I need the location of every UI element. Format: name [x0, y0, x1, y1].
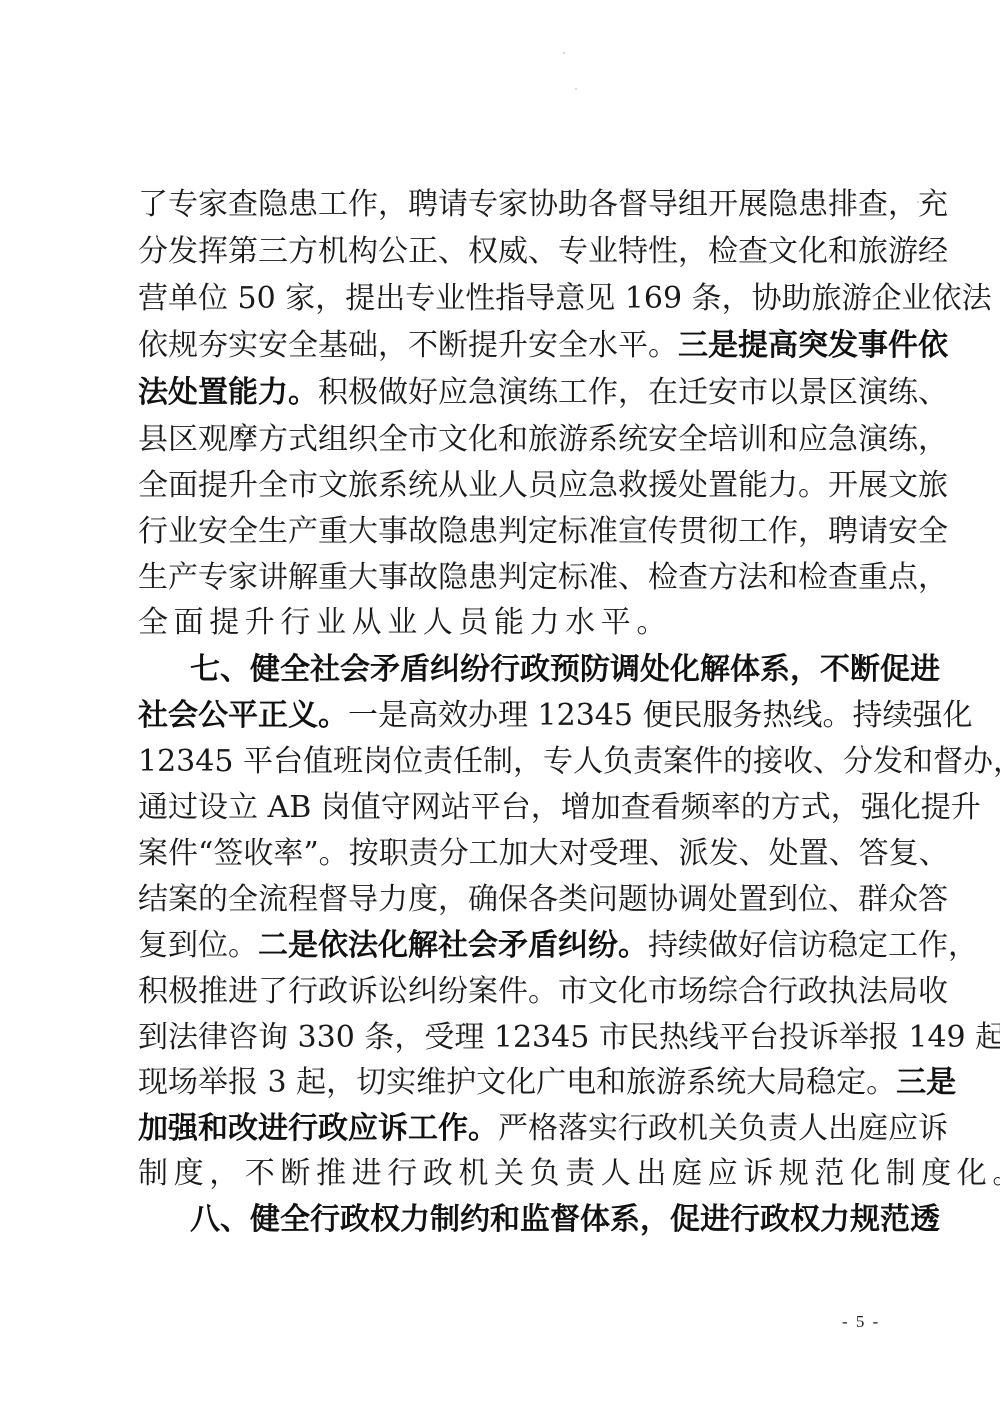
- text-line: 通过设立 AB 岗值守网站平台，增加查看频率的方式，强化提升: [138, 788, 864, 828]
- page-number: - 5 -: [842, 1312, 880, 1332]
- text-line: 行业安全生产重大事故隐患判定标准宣传贯彻工作，聘请安全: [138, 512, 864, 552]
- text-line: 依规夯实安全基础，不断提升安全水平。三是提高突发事件依: [138, 326, 864, 366]
- body-text-segment: 到法律咨询 330 条，受理 12345 市民热线平台投诉举报 149 起、: [138, 1020, 1000, 1055]
- body-text-segment: 依规夯实安全基础，不断提升安全水平。: [138, 328, 678, 363]
- body-text-segment: 全面提升行业从业人员能力水平。: [138, 605, 672, 640]
- document-page: 了专家查隐患工作，聘请专家协助各督导组开展隐患排查，充分发挥第三方机构公正、权威…: [0, 0, 1000, 1414]
- body-text-segment: 全面提升全市文旅系统从业人员应急救援处置能力。开展文旅: [138, 468, 948, 503]
- section-heading-line: 七、健全社会矛盾纠纷行政预防调处化解体系，不断促进: [190, 650, 864, 690]
- text-line: 了专家查隐患工作，聘请专家协助各督导组开展隐患排查，充: [138, 185, 864, 225]
- text-line: 案件“签收率”。按职责分工加大对受理、派发、处置、答复、: [138, 834, 864, 874]
- text-line: 加强和改进行政应诉工作。严格落实行政机关负责人出庭应诉: [138, 1109, 864, 1149]
- emphasis-phrase: 法处置能力。: [138, 375, 318, 410]
- text-line: 到法律咨询 330 条，受理 12345 市民热线平台投诉举报 149 起、: [138, 1018, 864, 1058]
- body-text-segment: 严格落实行政机关负责人出庭应诉: [498, 1111, 948, 1146]
- text-line: 复到位。二是依法化解社会矛盾纠纷。持续做好信访稳定工作，: [138, 926, 864, 966]
- body-text-segment: 一是高效办理 12345 便民服务热线。持续强化: [348, 698, 973, 733]
- body-text-segment: 分发挥第三方机构公正、权威、专业特性，检查文化和旅游经: [138, 234, 948, 269]
- body-text-segment: 制度，不断推进行政机关负责人出庭应诉规范化制度化。: [138, 1156, 1000, 1191]
- body-text-segment: 营单位 50 家，提出专业性指导意见 169 条，协助旅游企业依法: [138, 281, 992, 316]
- scan-speck: [563, 52, 565, 54]
- body-text-segment: 持续做好信访稳定工作，: [648, 928, 978, 963]
- section-heading: 社会公平正义。: [138, 698, 348, 733]
- body-text-segment: 生产专家讲解重大事故隐患判定标准、检查方法和检查重点，: [138, 560, 948, 595]
- scan-speck: [575, 88, 577, 90]
- body-text-segment: 复到位。: [138, 928, 258, 963]
- scan-speck: [917, 201, 919, 203]
- body-text-segment: 结案的全流程督导力度，确保各类问题协调处置到位、群众答: [138, 882, 948, 917]
- body-text-segment: 案件“签收率”。按职责分工加大对受理、派发、处置、答复、: [138, 836, 949, 871]
- text-line: 生产专家讲解重大事故隐患判定标准、检查方法和检查重点，: [138, 558, 864, 598]
- section-heading-line: 八、健全行政权力制约和监督体系，促进行政权力规范透: [190, 1200, 864, 1240]
- text-line: 现场举报 3 起，切实维护文化广电和旅游系统大局稳定。三是: [138, 1063, 864, 1103]
- text-line: 分发挥第三方机构公正、权威、专业特性，检查文化和旅游经: [138, 232, 864, 272]
- text-line: 制度，不断推进行政机关负责人出庭应诉规范化制度化。: [138, 1154, 864, 1194]
- body-text-segment: 12345 平台值班岗位责任制，专人负责案件的接收、分发和督办，: [138, 744, 1000, 779]
- text-line: 营单位 50 家，提出专业性指导意见 169 条，协助旅游企业依法: [138, 279, 864, 319]
- text-line: 结案的全流程督导力度，确保各类问题协调处置到位、群众答: [138, 880, 864, 920]
- body-text-segment: 积极做好应急演练工作，在迁安市以景区演练、: [318, 375, 948, 410]
- text-line: 全面提升行业从业人员能力水平。: [138, 603, 864, 643]
- section-heading-line: 社会公平正义。一是高效办理 12345 便民服务热线。持续强化: [138, 696, 864, 736]
- text-line: 全面提升全市文旅系统从业人员应急救援处置能力。开展文旅: [138, 466, 864, 506]
- emphasis-phrase: 加强和改进行政应诉工作。: [138, 1111, 498, 1146]
- body-text-segment: 通过设立 AB 岗值守网站平台，增加查看频率的方式，强化提升: [138, 790, 981, 825]
- emphasis-phrase: 三是提高突发事件依: [678, 328, 948, 363]
- section-heading: 七、健全社会矛盾纠纷行政预防调处化解体系，不断促进: [190, 652, 940, 687]
- body-text-segment: 现场举报 3 起，切实维护文化广电和旅游系统大局稳定。: [138, 1065, 896, 1100]
- body-text-segment: 行业安全生产重大事故隐患判定标准宣传贯彻工作，聘请安全: [138, 514, 948, 549]
- text-line: 县区观摩方式组织全市文化和旅游系统安全培训和应急演练，: [138, 420, 864, 460]
- emphasis-phrase: 二是依法化解社会矛盾纠纷。: [258, 928, 648, 963]
- body-text-segment: 了专家查隐患工作，聘请专家协助各督导组开展隐患排查，充: [138, 187, 948, 222]
- text-line: 12345 平台值班岗位责任制，专人负责案件的接收、分发和督办，: [138, 742, 864, 782]
- text-line: 积极推进了行政诉讼纠纷案件。市文化市场综合行政执法局收: [138, 972, 864, 1012]
- emphasis-phrase: 三是: [896, 1065, 956, 1100]
- body-text-segment: 县区观摩方式组织全市文化和旅游系统安全培训和应急演练，: [138, 422, 948, 457]
- text-line: 法处置能力。积极做好应急演练工作，在迁安市以景区演练、: [138, 373, 864, 413]
- body-text-segment: 积极推进了行政诉讼纠纷案件。市文化市场综合行政执法局收: [138, 974, 948, 1009]
- section-heading: 八、健全行政权力制约和监督体系，促进行政权力规范透: [190, 1202, 940, 1237]
